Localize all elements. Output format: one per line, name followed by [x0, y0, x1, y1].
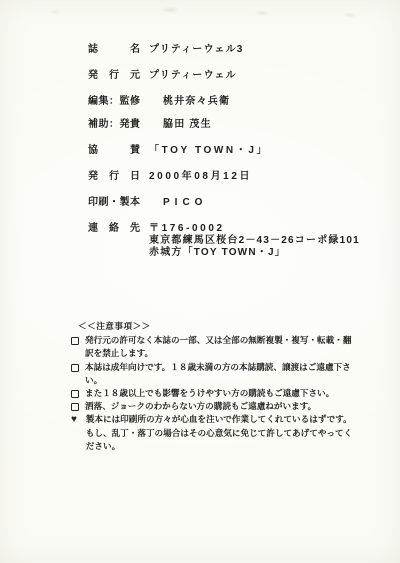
notice-text: 本誌は成年向けです。１８歳未満の方の本誌購読、譲渡はご遠慮下さい。 [85, 361, 355, 387]
title-value: プリティーウェル3 [149, 44, 244, 56]
notice-text: 洒落、ジョークのわからない方の購読もご遠慮ねがいます。 [85, 400, 355, 413]
contact-address: 〒176-0002 東京都練馬区桜台2－43－26コーポ緑101 赤城方「TOY… [149, 223, 400, 259]
colophon-row-publisher: 発行元 プリティーウェル [88, 70, 400, 82]
checkbox-icon [71, 364, 79, 372]
assistant-value: 脇田 茂生 [163, 119, 212, 131]
notice-section: ＜＜注意事項＞＞ 発行元の許可なく本誌の一部、又は全部の無断複製・複写・転載・翻… [71, 320, 355, 453]
notice-item-impressionable: また１８歳以上でも影響をうけやすい方の購読もご遠慮下さい。 [71, 387, 355, 400]
editor-label: 編集：監修 [88, 96, 140, 108]
notice-item-no-reproduction: 発行元の許可なく本誌の一部、又は全部の無断複製・複写・転載・翻訳を禁止します。 [71, 334, 355, 360]
printer-value: PICO [163, 197, 207, 209]
publisher-label: 発行元 [88, 70, 140, 82]
checkbox-icon [71, 403, 79, 411]
notice-text-line1: 製本には印刷所の方々が心血を注いで作業してくれているはずです。 [86, 414, 352, 424]
colophon-row-printer: 印刷・製本 PICO [88, 197, 400, 209]
address-street: 東京都練馬区桜台2－43－26コーポ緑101 [149, 235, 360, 246]
sponsor-value: 「TOY TOWN・J」 [149, 145, 269, 157]
colophon-row-title: 誌名 プリティーウェル3 [88, 44, 400, 56]
notice-item-printing-apology: ♥ 製本には印刷所の方々が心血を注いで作業してくれているはずです。 もし、乱丁・… [71, 413, 355, 453]
checkbox-icon [71, 337, 79, 345]
notice-item-adults-only: 本誌は成年向けです。１８歳未満の方の本誌購読、譲渡はご遠慮下さい。 [71, 361, 355, 387]
heart-icon: ♥ [71, 414, 80, 425]
colophon-row-issue-date: 発行日 2000年08月12日 [88, 171, 400, 183]
colophon-table: 誌名 プリティーウェル3 発行元 プリティーウェル 編集：監修 桃井奈々兵衛 補… [88, 44, 400, 273]
notice-text: また１８歳以上でも影響をうけやすい方の購読もご遠慮下さい。 [85, 387, 355, 400]
address-care-of: 赤城方「TOY TOWN・J」 [149, 247, 286, 258]
assistant-label: 補助：発貴 [88, 119, 140, 131]
issue-date-value: 2000年08月12日 [149, 171, 252, 183]
notice-text: 製本には印刷所の方々が心血を注いで作業してくれているはずです。 もし、乱丁・落丁… [86, 413, 355, 453]
title-label: 誌名 [88, 44, 140, 56]
colophon-row-assistant: 補助：発貴 脇田 茂生 [88, 119, 400, 131]
notice-text-line2: もし、乱丁・落丁の場合はその心意気に免じて許してあげてやってください。 [86, 427, 355, 453]
sponsor-label: 協賛 [88, 145, 140, 157]
editor-value: 桃井奈々兵衛 [163, 96, 230, 108]
publisher-value: プリティーウェル [149, 70, 237, 82]
colophon-row-contact: 連絡先 〒176-0002 東京都練馬区桜台2－43－26コーポ緑101 赤城方… [88, 223, 400, 259]
issue-date-label: 発行日 [88, 171, 140, 183]
printer-label: 印刷・製本 [88, 197, 140, 209]
notice-text: 発行元の許可なく本誌の一部、又は全部の無断複製・複写・転載・翻訳を禁止します。 [85, 334, 355, 360]
contact-label: 連絡先 [88, 223, 140, 235]
notice-item-no-humor: 洒落、ジョークのわからない方の購読もご遠慮ねがいます。 [71, 400, 355, 413]
colophon-row-sponsor: 協賛 「TOY TOWN・J」 [88, 145, 400, 157]
checkbox-icon [71, 390, 79, 398]
notice-heading: ＜＜注意事項＞＞ [78, 320, 355, 333]
colophon-row-editor: 編集：監修 桃井奈々兵衛 [88, 96, 400, 108]
postal-code: 〒176-0002 [149, 223, 225, 234]
